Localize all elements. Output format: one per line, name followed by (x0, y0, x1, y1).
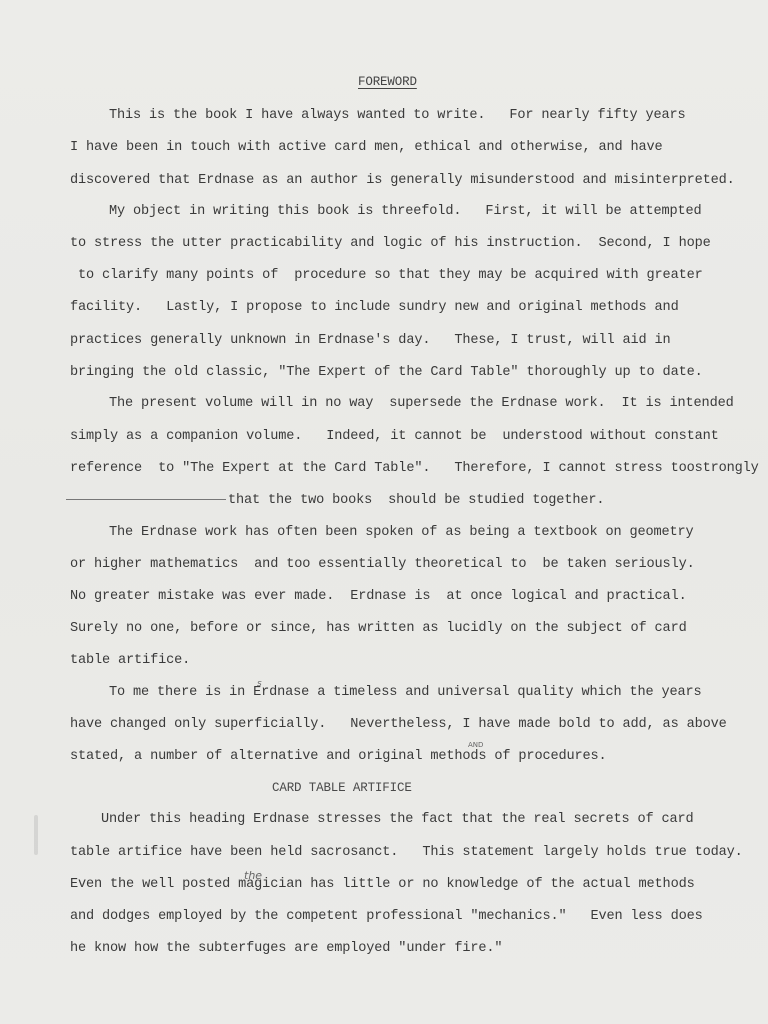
text-line: have changed only superficially. Neverth… (70, 716, 727, 734)
text-line: Surely no one, before or since, has writ… (70, 620, 687, 638)
handwritten-correction: s (257, 679, 262, 689)
text-line: simply as a companion volume. Indeed, it… (70, 428, 719, 446)
text-line: he know how the subterfuges are employed… (70, 940, 502, 958)
handwritten-correction: AND (468, 741, 483, 749)
text-line: This is the book I have always wanted to… (109, 107, 686, 125)
text-line: practices generally unknown in Erdnase's… (70, 332, 671, 350)
text-line: Under this heading Erdnase stresses the … (101, 811, 694, 829)
paper-smudge (34, 815, 38, 855)
text-line: I have been in touch with active card me… (70, 139, 663, 157)
text-line: Even the well posted magician has little… (70, 876, 695, 894)
section-heading: CARD TABLE ARTIFICE (272, 779, 412, 797)
text-line: reference to "The Expert at the Card Tab… (70, 460, 759, 478)
text-line: bringing the old classic, "The Expert of… (70, 364, 703, 382)
text-line: To me there is in Erdnase a timeless and… (109, 684, 702, 702)
hand-drawn-line (66, 499, 226, 500)
handwritten-correction: the (244, 869, 262, 882)
text-line: that the two books should be studied tog… (228, 492, 604, 510)
text-line: table artifice. (70, 652, 190, 670)
document-page: FOREWORD This is the book I have always … (0, 0, 768, 1024)
text-line: My object in writing this book is threef… (109, 203, 702, 221)
text-line: to clarify many points of procedure so t… (70, 267, 703, 285)
text-line: or higher mathematics and too essentiall… (70, 556, 695, 574)
text-line: No greater mistake was ever made. Erdnas… (70, 588, 687, 606)
text-line: and dodges employed by the competent pro… (70, 908, 703, 926)
text-line: The present volume will in no way supers… (109, 395, 734, 413)
text-line: to stress the utter practicability and l… (70, 235, 711, 253)
text-line: facility. Lastly, I propose to include s… (70, 299, 679, 317)
page-title: FOREWORD (358, 73, 417, 91)
text-line: stated, a number of alternative and orig… (70, 748, 607, 766)
text-line: table artifice have been held sacrosanct… (70, 844, 743, 862)
text-line: The Erdnase work has often been spoken o… (109, 524, 694, 542)
text-line: discovered that Erdnase as an author is … (70, 172, 735, 190)
